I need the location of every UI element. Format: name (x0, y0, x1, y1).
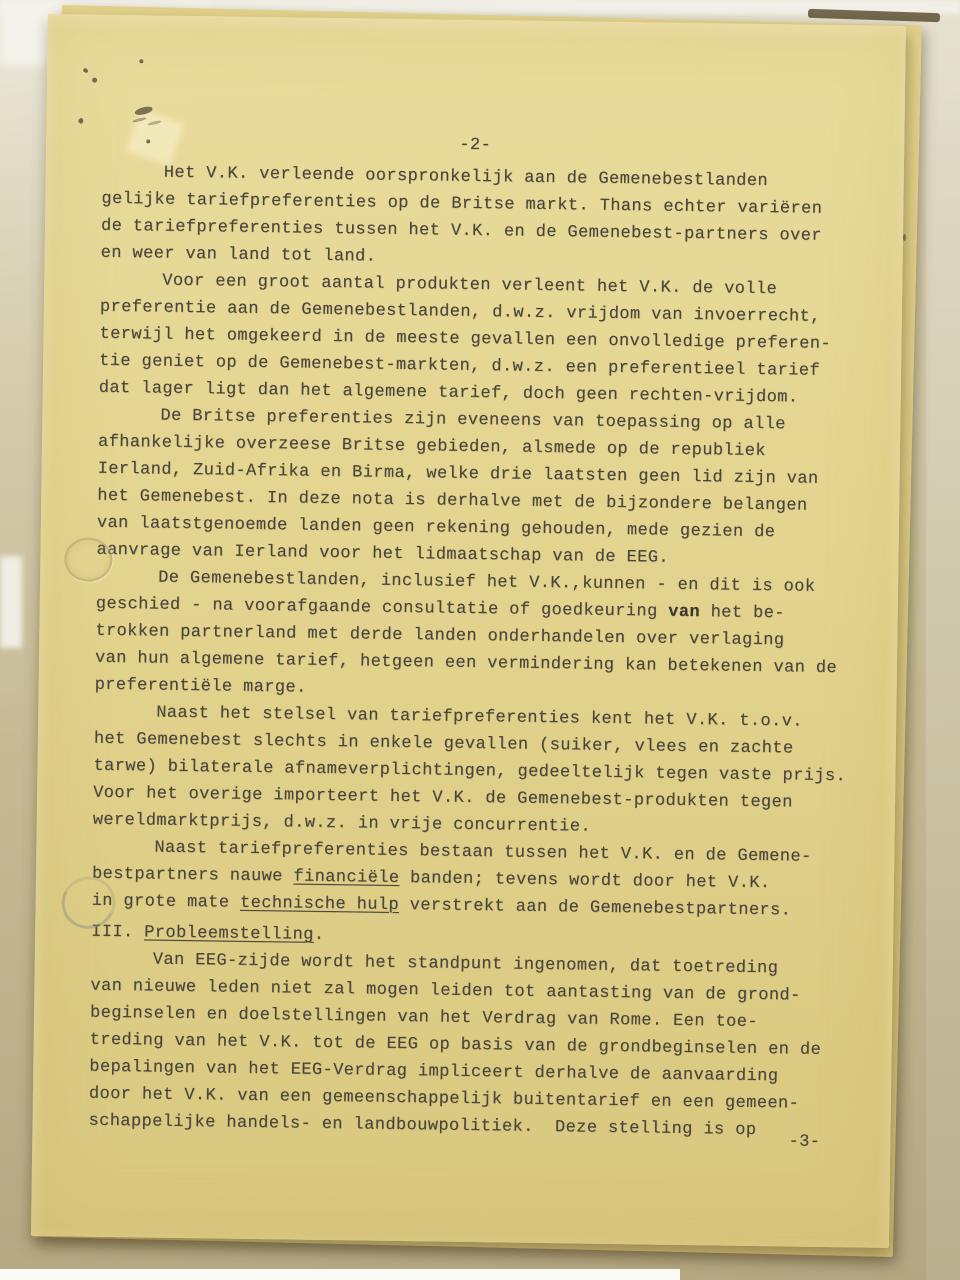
text-segment: aanvrage van Ierland voor het lidmaatsch… (96, 541, 669, 568)
text-block: Het V.K. verleende oorspronkelijk aan de… (88, 159, 880, 1146)
text-segment: het be- (700, 603, 785, 623)
text-segment: banden; tevens wordt door het V.K. (399, 869, 770, 893)
text-segment: en weer van land tot land. (101, 244, 377, 267)
paper-speck (134, 106, 153, 116)
text-segment: geschied - na voorafgaande consultatie o… (96, 595, 669, 622)
scanned-document-scene: -2- Het V.K. verleende oorspronkelijk aa… (0, 0, 960, 1280)
text-segment: wereldmarktprijs, d.w.z. in vrije concur… (93, 811, 591, 837)
underlined-text: Probleemstelling (144, 923, 314, 944)
underlined-text: financiële (293, 868, 399, 888)
paper-speck (83, 68, 89, 74)
backdrop-right (926, 0, 960, 1280)
underlined-text: technische hulp (240, 894, 399, 915)
paper-speck (77, 117, 84, 124)
paper-stack-edge (808, 9, 940, 22)
text-segment: preferentiële marge. (95, 676, 307, 698)
text-segment: in grote mate (91, 892, 240, 913)
text-segment: III. (91, 923, 144, 943)
emphasized-text: van (668, 603, 700, 622)
page-number: -2- (86, 127, 864, 165)
paper-speck (139, 59, 143, 63)
text-segment: . (314, 926, 325, 945)
paper-speck (92, 78, 97, 83)
text-segment: bestpartners nauwe (92, 865, 294, 887)
text-segment: verstrekt aan de Gemenebestpartners. (399, 896, 791, 920)
backdrop-left-highlight (0, 556, 22, 648)
document-page: -2- Het V.K. verleende oorspronkelijk aa… (31, 14, 906, 1248)
backdrop-bottom-strip (0, 1269, 680, 1280)
text-segment: schappelijke handels- en landbouwpolitie… (88, 1112, 756, 1140)
